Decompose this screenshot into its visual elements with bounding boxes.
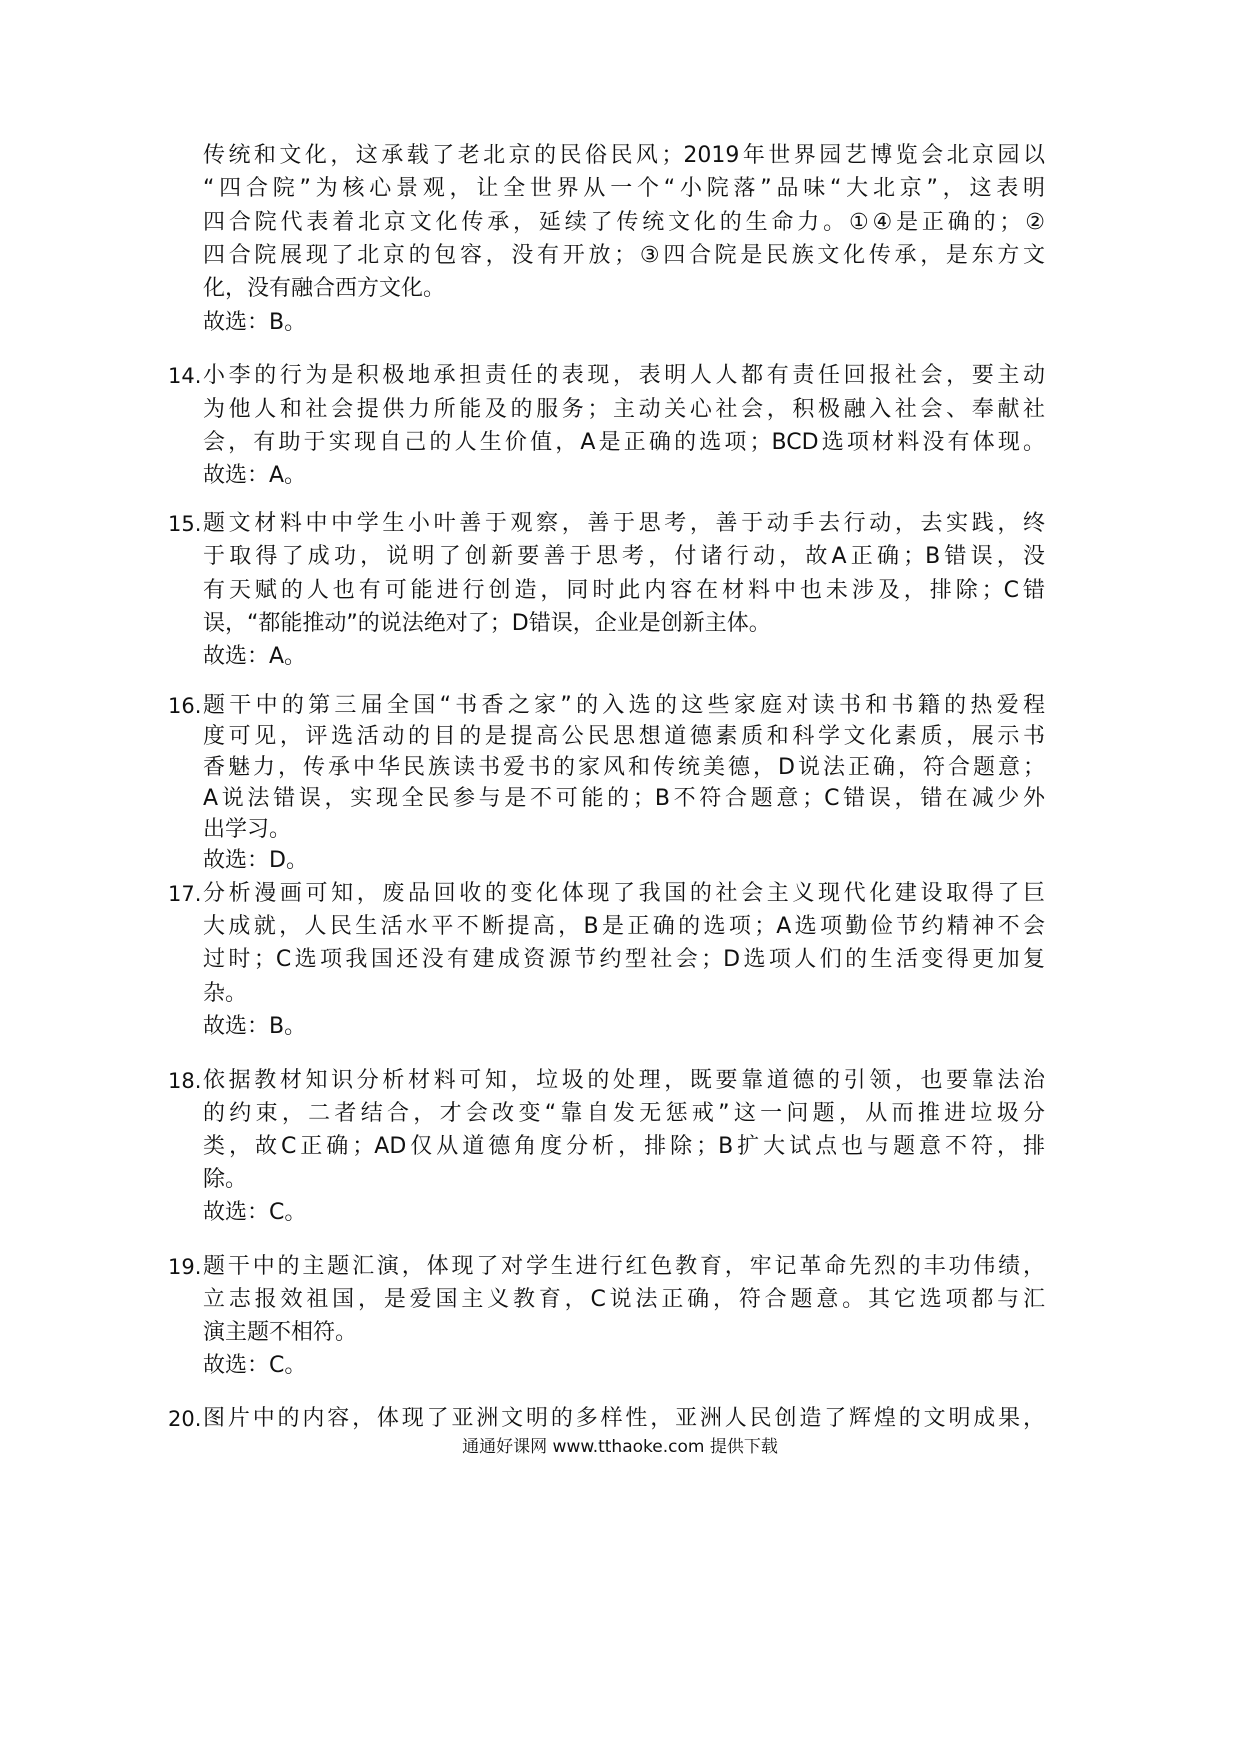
paragraph-line: 度可见，评选活动的目的是提高公民思想道德素质和科学文化素质，展示书 [203,722,1045,752]
paragraph-line: 误，“都能推动”的说法绝对了；D错误，企业是创新主体。 [203,609,1045,639]
paragraph-line: 依据教材知识分析材料可知，垃圾的处理，既要靠道德的引领，也要靠法治 [203,1066,1045,1096]
answer-line: 故选：D。 [203,846,1045,876]
paragraph-line: 香魅力，传承中华民族读书爱书的家风和传统美德，D说法正确，符合题意； [203,753,1045,783]
paragraph-line: 于取得了成功，说明了创新要善于思考，付诸行动，故A正确；B错误，没 [203,542,1045,572]
question-number: 20. [168,1404,201,1434]
paragraph-line: 过时；C选项我国还没有建成资源节约型社会；D选项人们的生活变得更加复 [203,945,1045,975]
question-number: 14. [168,361,201,391]
paragraph-line: 化，没有融合西方文化。 [203,274,1045,304]
paragraph-line: 的约束，二者结合，才会改变“靠自发无惩戒”这一问题，从而推进垃圾分 [203,1099,1045,1129]
paragraph-line: 出学习。 [203,815,1045,845]
paragraph-line: A说法错误，实现全民参与是不可能的；B不符合题意；C错误，错在减少外 [203,784,1045,814]
answer-line: 故选：A。 [203,642,1045,672]
paragraph-line: 小李的行为是积极地承担责任的表现，表明人人都有责任回报社会，要主动 [203,361,1045,391]
paragraph-line: 杂。 [203,979,1045,1009]
paragraph-line: 四合院代表着北京文化传承，延续了传统文化的生命力。①④是正确的；② [203,208,1045,238]
paragraph-line: 会，有助于实现自己的人生价值，A是正确的选项；BCD选项材料没有体现。 [203,428,1045,458]
paragraph-line: 分析漫画可知，废品回收的变化体现了我国的社会主义现代化建设取得了巨 [203,879,1045,909]
paragraph-line: “四合院”为核心景观，让全世界从一个“小院落”品味“大北京”，这表明 [203,174,1045,204]
answer-line: 故选：A。 [203,461,1045,491]
paragraph-line: 题文材料中中学生小叶善于观察，善于思考，善于动手去行动，去实践，终 [203,509,1045,539]
paragraph-line: 演主题不相符。 [203,1318,1045,1348]
document-page: 传统和文化，这承载了老北京的民俗民风；2019年世界园艺博览会北京园以 “四合院… [0,0,1240,1754]
paragraph-line: 类，故C正确；AD仅从道德角度分析，排除；B扩大试点也与题意不符，排 [203,1132,1045,1162]
paragraph-line: 题干中的主题汇演，体现了对学生进行红色教育，牢记革命先烈的丰功伟绩， [203,1252,1045,1282]
question-number: 15. [168,509,201,539]
answer-line: 故选：B。 [203,1012,1045,1042]
question-number: 17. [168,879,201,909]
paragraph-line: 立志报效祖国，是爱国主义教育，C说法正确，符合题意。其它选项都与汇 [203,1285,1045,1315]
paragraph-line: 图片中的内容，体现了亚洲文明的多样性，亚洲人民创造了辉煌的文明成果， [203,1404,1045,1434]
question-number: 16. [168,691,201,721]
paragraph-line: 题干中的第三届全国“书香之家”的入选的这些家庭对读书和书籍的热爱程 [203,691,1045,721]
answer-line: 故选：C。 [203,1351,1045,1381]
page-footer: 通通好课网 www.tthaoke.com 提供下载 [0,1435,1240,1459]
answer-line: 故选：B。 [203,308,1045,338]
answer-line: 故选：C。 [203,1198,1045,1228]
paragraph-line: 除。 [203,1165,1045,1195]
paragraph-line: 传统和文化，这承载了老北京的民俗民风；2019年世界园艺博览会北京园以 [203,141,1045,171]
paragraph-line: 四合院展现了北京的包容，没有开放；③四合院是民族文化传承，是东方文 [203,241,1045,271]
paragraph-line: 大成就，人民生活水平不断提高，B是正确的选项；A选项勤俭节约精神不会 [203,912,1045,942]
question-number: 19. [168,1252,201,1282]
paragraph-line: 有天赋的人也有可能进行创造，同时此内容在材料中也未涉及，排除；C错 [203,576,1045,606]
question-number: 18. [168,1066,201,1096]
paragraph-line: 为他人和社会提供力所能及的服务；主动关心社会，积极融入社会、奉献社 [203,395,1045,425]
